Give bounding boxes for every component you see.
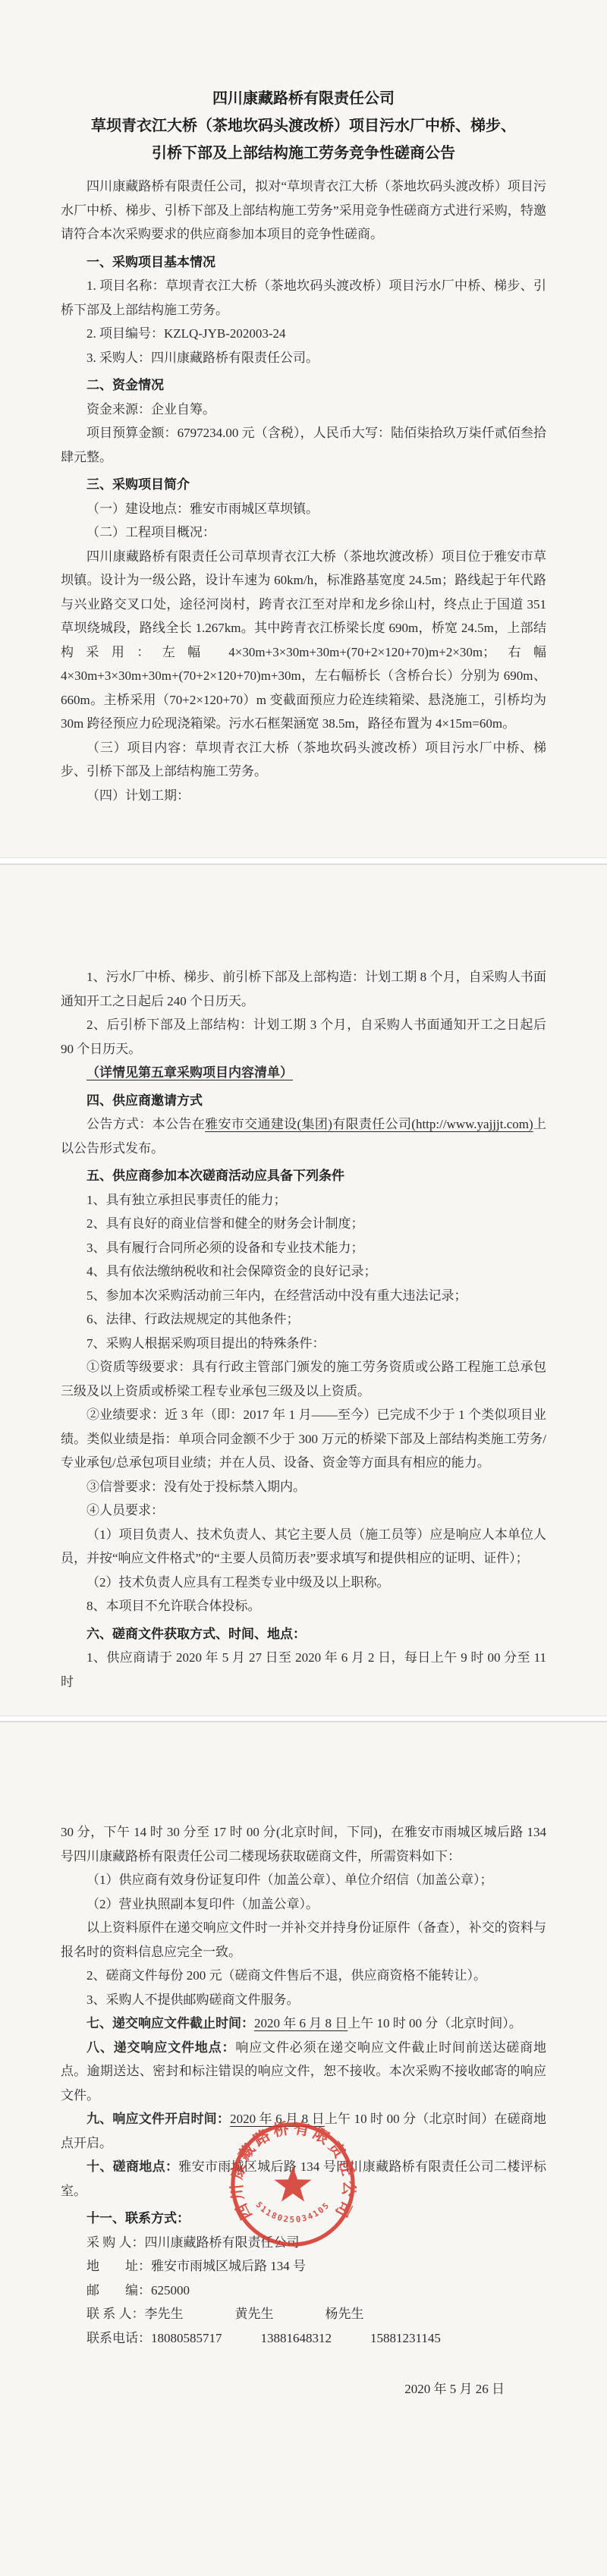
performance-requirement: ②业绩要求：近 3 年（即：2017 年 1 月——至今）已完成不少于 1 个类… [61,1403,546,1475]
document-obtain-time-part2: 30 分，下午 14 时 30 分至 17 时 00 分(北京时间，下同)，在雅… [61,1820,546,1868]
schedule-item-1: 1、污水厂中桥、梯步、前引桥下部及上部构造：计划工期 8 个月，自采购人书面通知… [61,965,546,1013]
personnel-requirement-1: （1）项目负责人、技术负责人、其它主要人员（施工员等）应是响应人本单位人员，并按… [61,1523,546,1571]
page-3: 30 分，下午 14 时 30 分至 17 时 00 分(北京时间，下同)，在雅… [0,1721,607,2576]
page-1: 四川康藏路桥有限责任公司 草坝青衣江大桥（茶地坎码头渡改桥）项目污水厂中桥、梯步… [0,0,607,858]
page-2: 1、污水厂中桥、梯步、前引桥下部及上部构造：计划工期 8 个月，自采购人书面通知… [0,863,607,1716]
document-title-line-2: 草坝青衣江大桥（茶地坎码头渡改桥）项目污水厂中桥、梯步、 [61,112,546,140]
section-10-negotiation-place: 十、磋商地点：雅安市雨城区城后路 134 号四川康藏路桥有限责任公司二楼评标室。 [61,2155,546,2203]
condition-6: 6、法律、行政法规规定的其他条件； [61,1307,546,1332]
project-name: 1. 项目名称：草坝青衣江大桥（茶地坎码头渡改桥）项目污水厂中桥、梯步、引桥下部… [61,274,546,322]
condition-2: 2、具有良好的商业信誉和健全的财务会计制度； [61,1212,546,1236]
page-separator [0,858,607,863]
detail-note-text: （详情见第五章采购项目内容清单） [86,1065,293,1080]
condition-1: 1、具有独立承担民事责任的能力； [61,1188,546,1213]
section-8-submission-place: 八、递交响应文件地点：响应文件必须在递交响应文件截止时间前送达磋商地点。逾期送达… [61,2036,546,2108]
contact-persons: 联 系 人：李先生 黄先生 杨先生 [61,2302,546,2326]
contact-address: 地 址：雅安市雨城区城后路 134 号 [61,2254,546,2279]
reputation-requirement: ③信誉要求：没有处于投标禁入期内。 [61,1475,546,1499]
purchaser: 3. 采购人：四川康藏路桥有限责任公司。 [61,346,546,370]
section-11-heading: 十一、联系方式： [61,2206,546,2231]
required-material-2: （2）营业执照副本复印件（加盖公章）。 [61,1892,546,1917]
section-7-deadline: 七、递交响应文件截止时间：2020 年 6 月 8 日上午 10 时 00 分（… [61,2011,546,2036]
document-title-line-3: 引桥下部及上部结构施工劳务竞争性磋商公告 [61,140,546,167]
section-4-heading: 四、供应商邀请方式 [61,1089,546,1113]
section-5-heading: 五、供应商参加本次磋商活动应具备下列条件 [61,1164,546,1188]
document-obtain-time-part1: 1、供应商请于 2020 年 5 月 27 日至 2020 年 6 月 2 日，… [61,1646,546,1694]
schedule-label: （四）计划工期： [61,784,546,808]
qualification-requirement: ①资质等级要求：具有行政主管部门颁发的施工劳务资质或公路工程施工总承包三级及以上… [61,1355,546,1403]
section-2-heading: 二、资金情况 [61,373,546,398]
personnel-requirement-label: ④人员要求： [61,1499,546,1523]
construction-location: （一）建设地点：雅安市雨城区草坝镇。 [61,497,546,521]
scanned-document: 四川康藏路桥有限责任公司 草坝青衣江大桥（茶地坎码头渡改桥）项目污水厂中桥、梯步… [0,0,607,2576]
project-content: （三）项目内容：草坝青衣江大桥（茶地坎码头渡改桥）项目污水厂中桥、梯步、引桥下部… [61,736,546,784]
announcement-prefix: 公告方式：本公告在 [86,1117,205,1131]
condition-7: 7、采购人根据采购项目提出的特殊条件： [61,1332,546,1356]
document-title-line-1: 四川康藏路桥有限责任公司 [61,85,546,112]
intro-paragraph: 四川康藏路桥有限责任公司，拟对“草坝青衣江大桥（茶地坎码头渡改桥）项目污水厂中桥… [61,175,546,247]
required-material-1: （1）供应商有效身份证复印件（加盖公章）、单位介绍信（加盖公章）； [61,1868,546,1892]
contact-zipcode: 邮 编：625000 [61,2279,546,2303]
section-7-label: 七、递交响应文件截止时间： [86,2016,254,2030]
contact-buyer: 采 购 人：四川康藏路桥有限责任公司 [61,2231,546,2255]
schedule-item-2: 2、后引桥下部及上部结构：计划工期 3 个月，自采购人书面通知开工之日起后 90… [61,1013,546,1061]
detail-note: （详情见第五章采购项目内容清单） [61,1061,546,1085]
announcement-method: 公告方式：本公告在雅安市交通建设(集团)有限责任公司(http://www.ya… [61,1112,546,1160]
no-mail-order: 3、采购人不提供邮购磋商文件服务。 [61,1988,546,2012]
section-8-label: 八、递交响应文件地点： [86,2040,235,2055]
condition-4: 4、具有依法缴纳税收和社会保障资金的良好记录； [61,1260,546,1284]
project-overview-label: （二）工程项目概况： [61,521,546,545]
deadline-rest: 上午 10 时 00 分（北京时间）。 [348,2016,522,2030]
section-6-heading: 六、磋商文件获取方式、时间、地点： [61,1622,546,1647]
project-budget: 项目预算金额：6797234.00 元（含税），人民币大写：陆佰柒拾玖万柒仟贰佰… [61,421,546,469]
project-overview: 四川康藏路桥有限责任公司草坝青衣江大桥（茶地坎渡改桥）项目位于雅安市草坝镇。设计… [61,545,546,736]
document-fee: 2、磋商文件每份 200 元（磋商文件售后不退，供应商资格不能转让）。 [61,1964,546,1988]
deadline-date: 2020 年 6 月 8 日 [254,2016,348,2030]
condition-5: 5、参加本次采购活动前三年内，在经营活动中没有重大违法记录； [61,1284,546,1308]
material-note: 以上资料原件在递交响应文件时一并补交并持身份证原件（备查），补交的资料与报名时的… [61,1916,546,1964]
condition-3: 3、具有履行合同所必须的设备和专业技术能力； [61,1236,546,1260]
section-9-opening-time: 九、响应文件开启时间：2020 年 6 月 8 日上午 10 时 00 分（北京… [61,2107,546,2155]
contact-phones: 联系电话：18080585717 13881648312 15881231145 [61,2326,546,2351]
condition-8: 8、本项目不允许联合体投标。 [61,1594,546,1618]
project-number: 2. 项目编号：KZLQ-JYB-202003-24 [61,322,546,346]
section-1-heading: 一、采购项目基本情况 [61,250,546,275]
fund-source: 资金来源：企业自筹。 [61,398,546,422]
personnel-requirement-2: （2）技术负责人应具有工程类专业中级及以上职称。 [61,1571,546,1595]
document-date: 2020 年 5 月 26 日 [61,2377,546,2401]
section-10-label: 十、磋商地点： [86,2159,178,2174]
announcement-website-link: 雅安市交通建设(集团)有限责任公司(http://www.yajjjt.com) [205,1117,533,1131]
opening-date: 2020 年 6 月 8 日 [230,2112,325,2126]
section-3-heading: 三、采购项目简介 [61,473,546,497]
section-9-label: 九、响应文件开启时间： [86,2112,230,2126]
